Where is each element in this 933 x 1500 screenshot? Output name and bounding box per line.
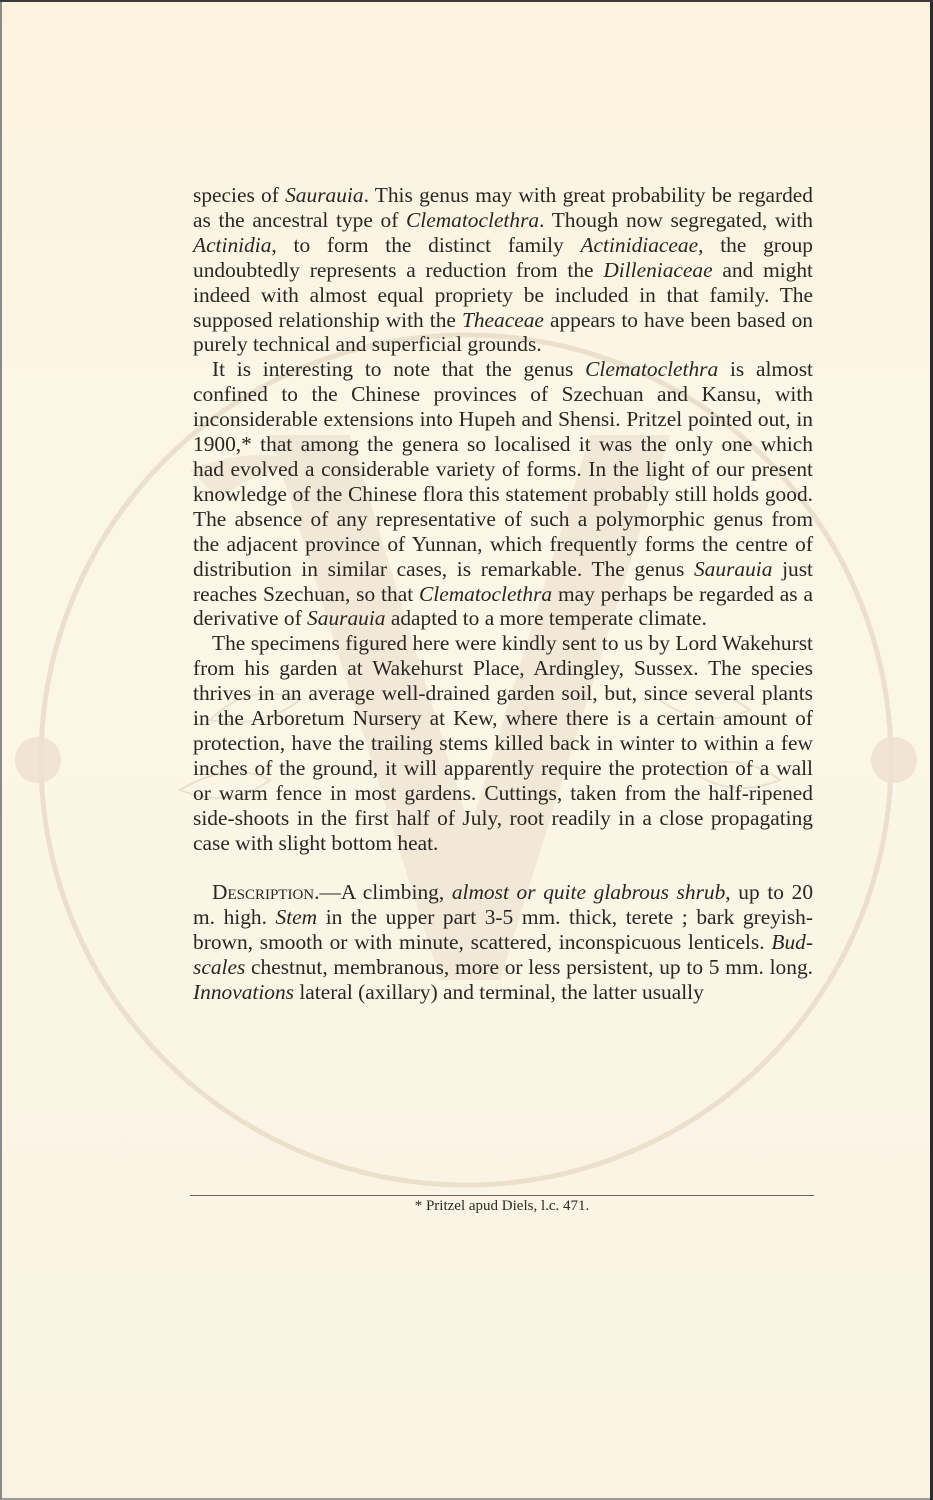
- body-text: species of Saurauia. This genus may with…: [193, 183, 813, 1005]
- paragraph-cultivation: The specimens figured here were kindly s…: [193, 631, 813, 855]
- italic-term: Clematoclethra: [585, 357, 718, 381]
- text-run: The specimens figured here were kindly s…: [193, 631, 813, 854]
- text-run: —A climbing,: [319, 880, 451, 904]
- text-run: . Though now segregated, with: [539, 208, 813, 232]
- italic-term: Actinidia: [193, 233, 271, 257]
- italic-term: almost or quite glabrous shrub: [452, 880, 725, 904]
- italic-term: Innovations: [193, 980, 294, 1004]
- paragraph-description: Description.—A climbing, almost or quite…: [193, 880, 813, 1005]
- italic-term: Actinidiaceae: [580, 233, 698, 257]
- paragraph-saurauia: species of Saurauia. This genus may with…: [193, 183, 813, 357]
- text-run: , to form the distinct family: [271, 233, 580, 257]
- text-run: adapted to a more temperate climate.: [386, 606, 707, 630]
- italic-term: Stem: [276, 905, 318, 929]
- footnote-divider: [190, 1195, 814, 1196]
- italic-term: Clematoclethra: [419, 582, 552, 606]
- section-heading: Description.: [212, 880, 319, 904]
- italic-term: Saurauia: [307, 606, 385, 630]
- text-run: lateral (axillary) and terminal, the lat…: [294, 980, 704, 1004]
- text-run: It is interesting to note that the genus: [212, 357, 585, 381]
- document-page: species of Saurauia. This genus may with…: [0, 0, 933, 1500]
- text-run: species of: [193, 183, 285, 207]
- paragraph-distribution: It is interesting to note that the genus…: [193, 357, 813, 631]
- footnote: * Pritzel apud Diels, l.c. 471.: [190, 1198, 814, 1215]
- italic-term: Dilleniaceae: [603, 258, 712, 282]
- italic-term: Theaceae: [462, 308, 544, 332]
- italic-term: Clematoclethra: [406, 208, 539, 232]
- italic-term: Saurauia: [285, 183, 363, 207]
- text-run: is almost confined to the Chinese provin…: [193, 357, 813, 580]
- italic-term: Saurauia: [694, 557, 772, 581]
- text-run: chestnut, membranous, more or less persi…: [245, 955, 813, 979]
